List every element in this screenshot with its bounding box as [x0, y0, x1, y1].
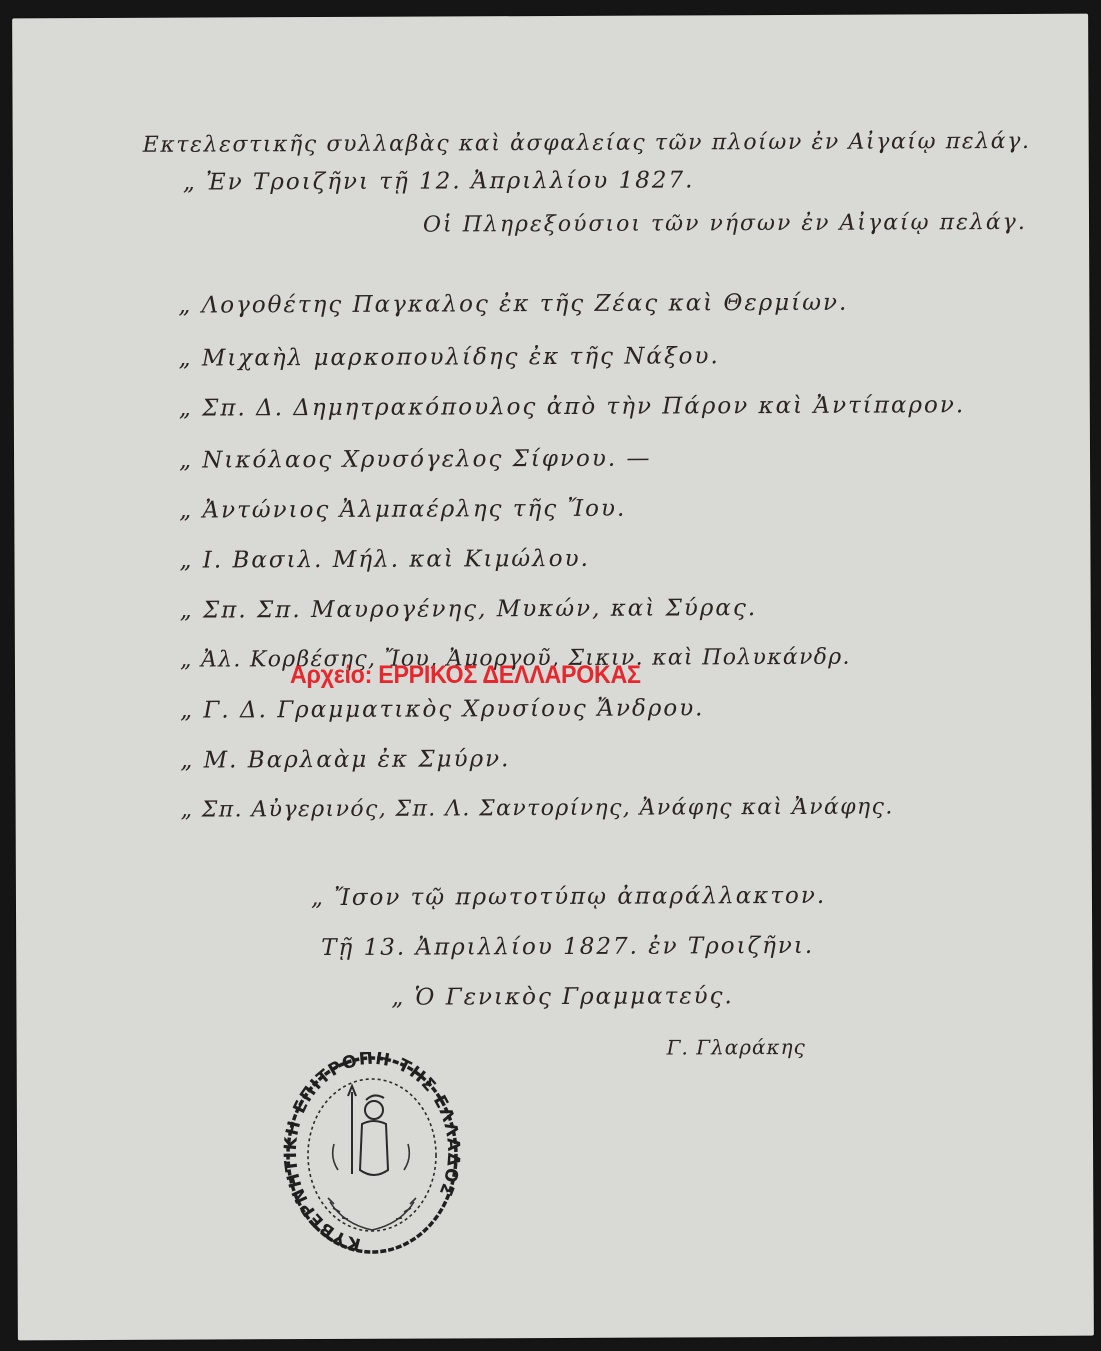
header-line-3: Οἱ Πληρεξούσιοι τῶν νήσων ἐν Αἰγαίῳ πελά…	[423, 210, 1027, 238]
list-item: „ Ι. Βασιλ. Μήλ. καὶ Κιμώλου.	[179, 546, 590, 574]
athena-figure-icon	[348, 1086, 388, 1175]
list-item: „ Γ. Δ. Γραμματικὸς Χρυσίους Ἄνδρου.	[180, 695, 704, 723]
list-item: „ Ἀντώνιος Ἀλμπαέρλης τῆς Ἴου.	[179, 496, 626, 524]
signature: Γ. Γλαράκης	[667, 1035, 806, 1060]
olive-wreath-icon	[328, 1144, 416, 1230]
header-date-line: „ Ἐν Τροιζῆνι τῇ 12. Ἀπριλλίου 1827.	[183, 167, 695, 195]
official-seal: ΚΥΒΕΡΝΗΤΙΚΗ ΕΠΙΤΡΟΠΗ ΤΗΣ ΕΛΛΑΔΟΣ	[282, 1052, 462, 1258]
list-item: „ Μ. Βαρλαὰμ ἐκ Σμύρν.	[180, 746, 510, 773]
header-line-1: Εκτελεστικῆς συλλαβὰς καὶ ἀσφαλείας τῶν …	[143, 129, 1031, 158]
list-item: „ Λογοθέτης Παγκαλος ἐκ τῆς Ζέας καὶ Θερ…	[178, 290, 848, 319]
list-item: „ Σπ. Δ. Δημητρακόπουλος ἀπὸ τὴν Πάρον κ…	[179, 392, 965, 421]
closing-date: Τῇ 13. Ἀπριλλίου 1827. ἐν Τροιζῆνι.	[321, 933, 814, 961]
list-item: „ Σπ. Σπ. Μαυρογένης, Μυκών, καὶ Σύρας.	[180, 595, 758, 624]
closing-title: „ Ὁ Γενικὸς Γραμματεύς.	[391, 983, 734, 1010]
delegates-list: „ Λογοθέτης Παγκαλος ἐκ τῆς Ζέας καὶ Θερ…	[12, 14, 1088, 19]
archive-watermark: Αρχείο: ΕΡΡΙΚΟΣ ΔΕΛΛΑΡΟΚΑΣ	[290, 661, 641, 690]
list-item: „ Νικόλαος Χρυσόγελος Σίφνου. —	[179, 446, 652, 474]
list-item: „ Σπ. Αὐγερινός, Σπ. Λ. Σαντορίνης, Ἀνάφ…	[181, 795, 894, 823]
svg-text:ΚΥΒΕΡΝΗΤΙΚΗ ΕΠΙΤΡΟΠΗ ΤΗΣ ΕΛΛΑΔ: ΚΥΒΕΡΝΗΤΙΚΗ ΕΠΙΤΡΟΠΗ ΤΗΣ ΕΛΛΑΔΟΣ	[282, 1052, 462, 1254]
seal-icon: ΚΥΒΕΡΝΗΤΙΚΗ ΕΠΙΤΡΟΠΗ ΤΗΣ ΕΛΛΑΔΟΣ	[282, 1052, 462, 1258]
closing-attestation: „ Ἴσον τῷ πρωτοτύπῳ ἀπαράλλακτον.	[311, 883, 826, 911]
list-item: „ Μιχαὴλ μαρκοπουλίδης ἐκ τῆς Νάξου.	[179, 343, 720, 371]
